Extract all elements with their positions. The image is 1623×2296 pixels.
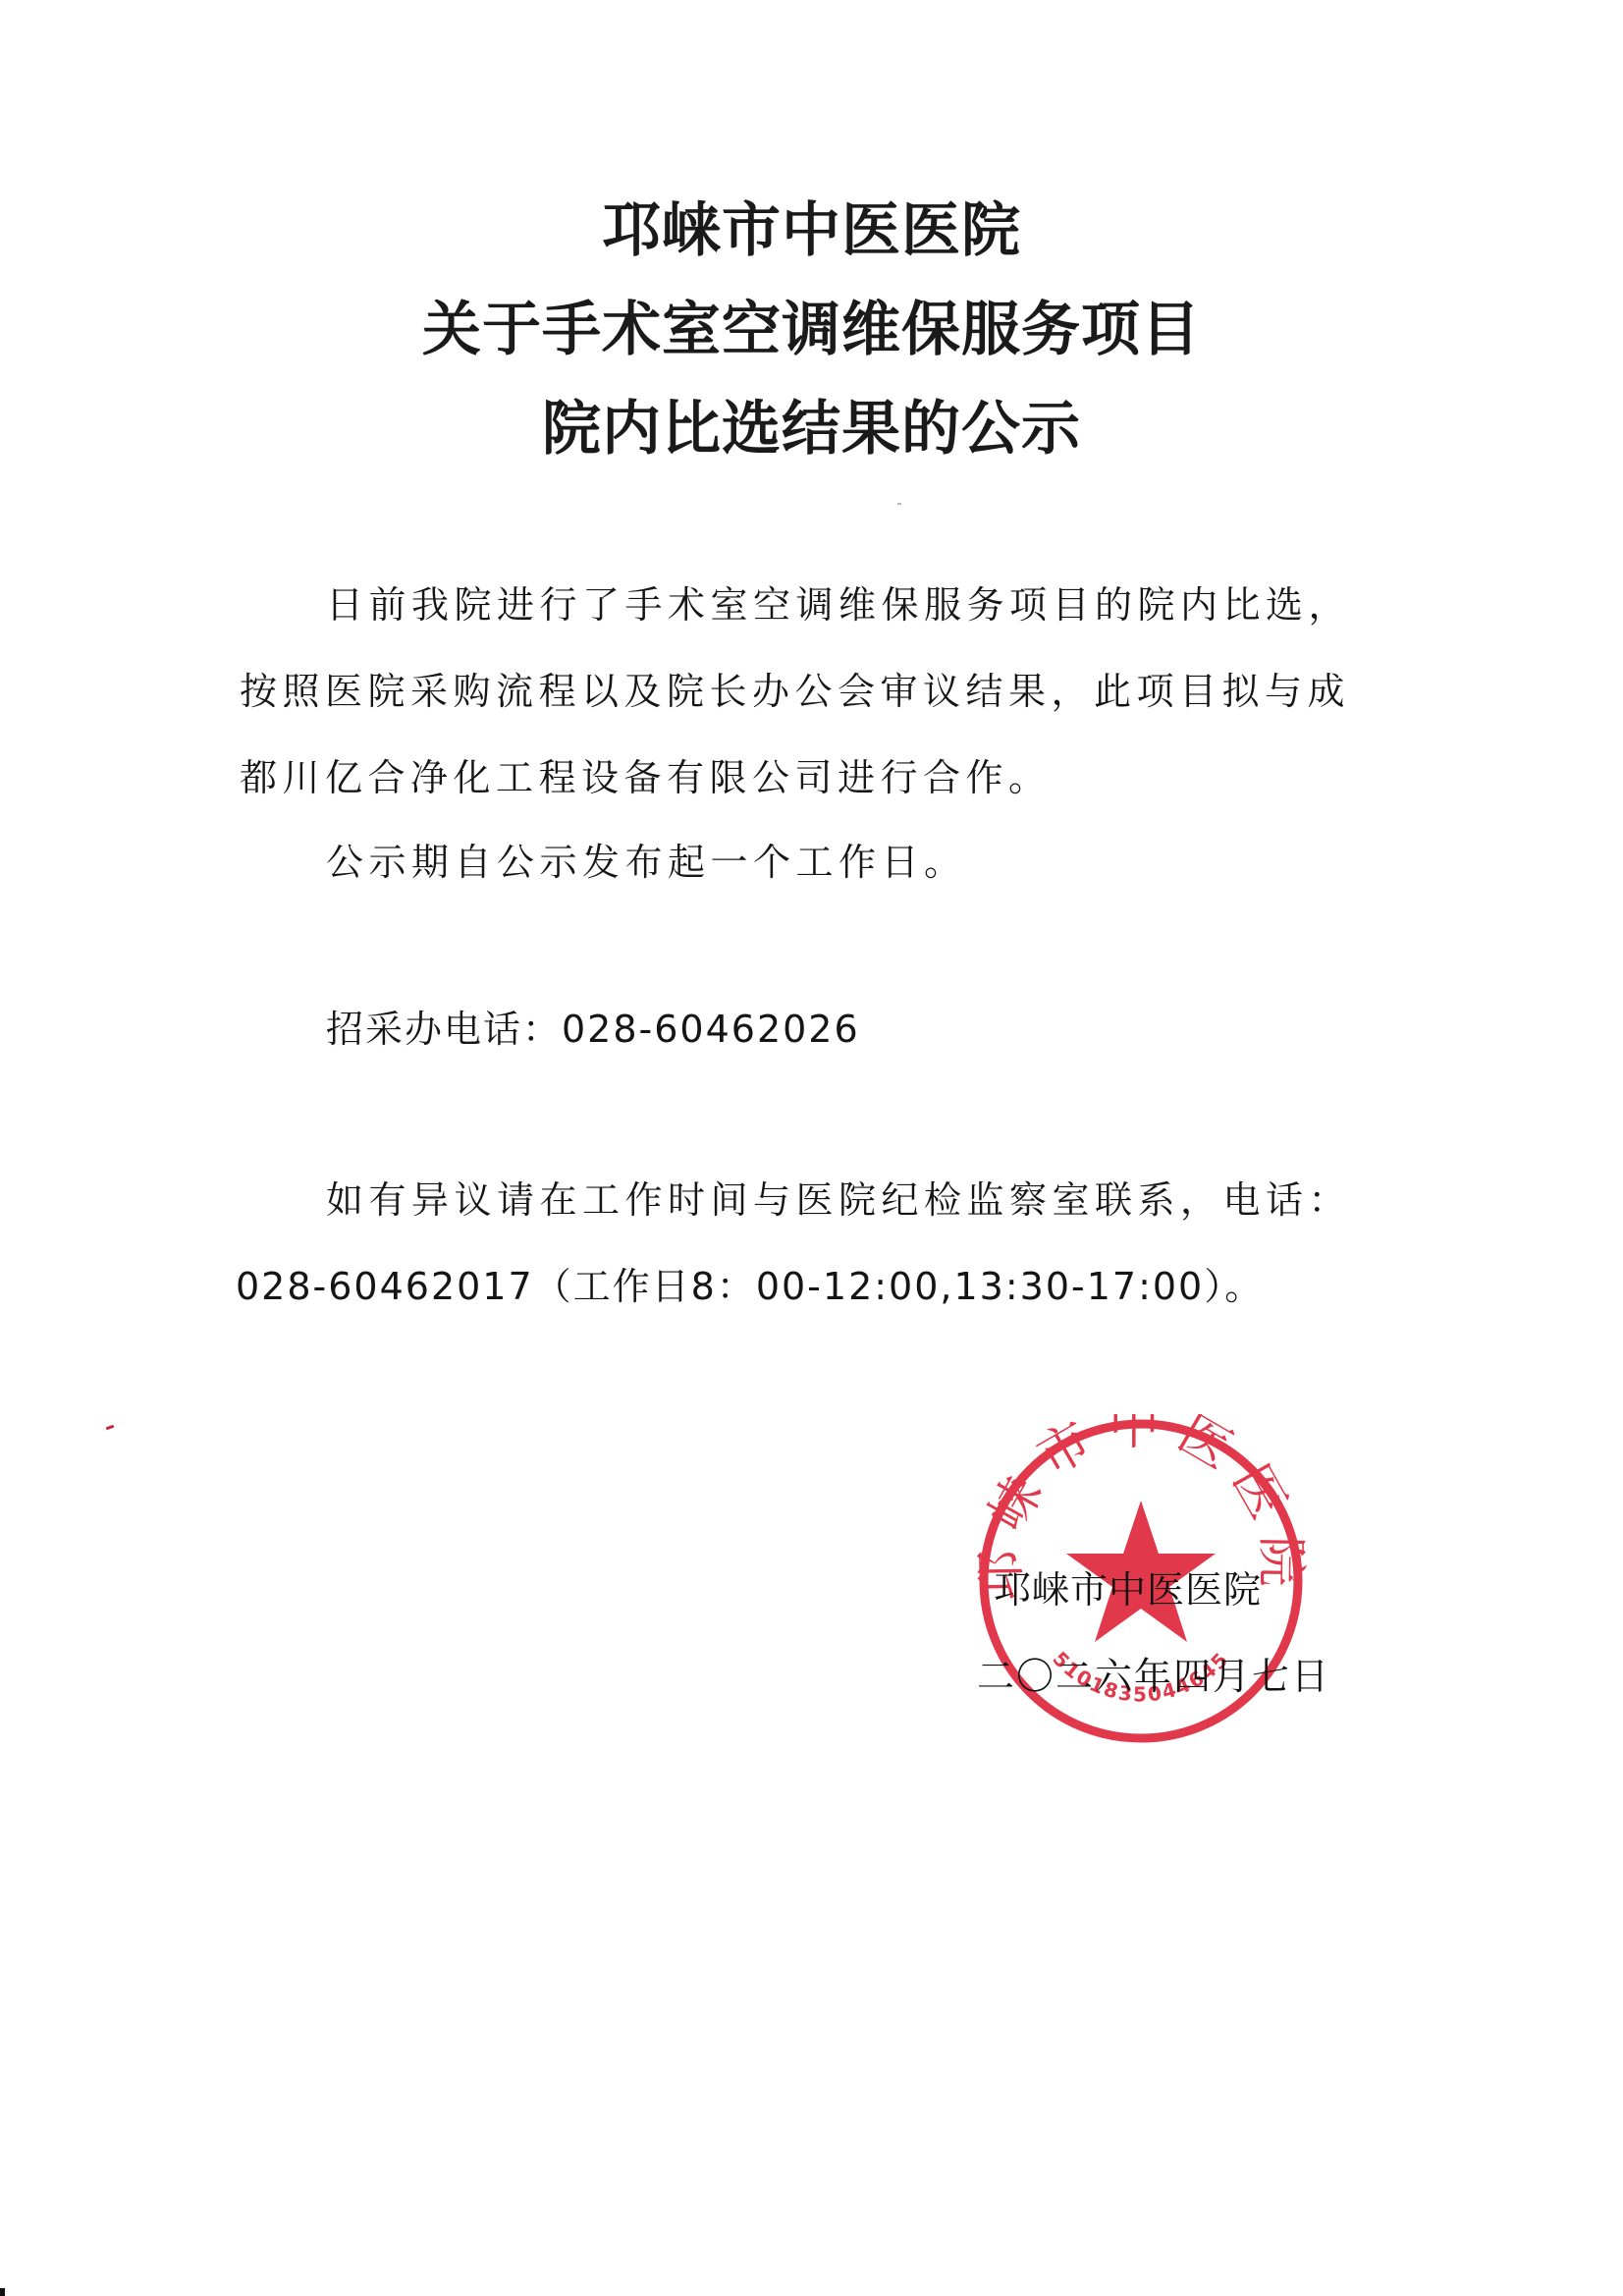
title-line-subject: 关于手术室空调维保服务项目 (0, 301, 1623, 359)
paragraph-objection-line-2: 028-60462017（工作日8：00-12:00,13:30-17:00）。 (236, 1265, 1264, 1308)
scan-speck (897, 503, 901, 505)
paragraph-1-line-1: 日前我院进行了手术室空调维保服务项目的院内比选， (326, 583, 1351, 627)
document-title: 邛崃市中医医院 关于手术室空调维保服务项目 院内比选结果的公示 (0, 201, 1623, 499)
scan-speck (0, 2288, 5, 2296)
signature-date: 二〇二六年四月七日 (977, 1646, 1330, 1700)
paragraph-1-line-2: 按照医院采购流程以及院长办公会审议结果，此项目拟与成 (240, 670, 1350, 713)
paragraph-publicity-period: 公示期自公示发布起一个工作日。 (326, 841, 967, 884)
document-page: 邛崃市中医医院 关于手术室空调维保服务项目 院内比选结果的公示 日前我院进行了手… (0, 0, 1623, 2296)
procurement-office-phone: 招采办电话：028-60462026 (326, 1008, 860, 1051)
scan-speck (106, 1425, 115, 1431)
title-line-result: 院内比选结果的公示 (0, 400, 1623, 459)
title-line-hospital: 邛崃市中医医院 (0, 201, 1623, 260)
signature-organization: 邛崃市中医医院 (994, 1559, 1262, 1613)
paragraph-1-line-3: 都川亿合净化工程设备有限公司进行合作。 (240, 756, 1052, 799)
paragraph-objection-line-1: 如有异议请在工作时间与医院纪检监察室联系，电话： (326, 1178, 1351, 1222)
